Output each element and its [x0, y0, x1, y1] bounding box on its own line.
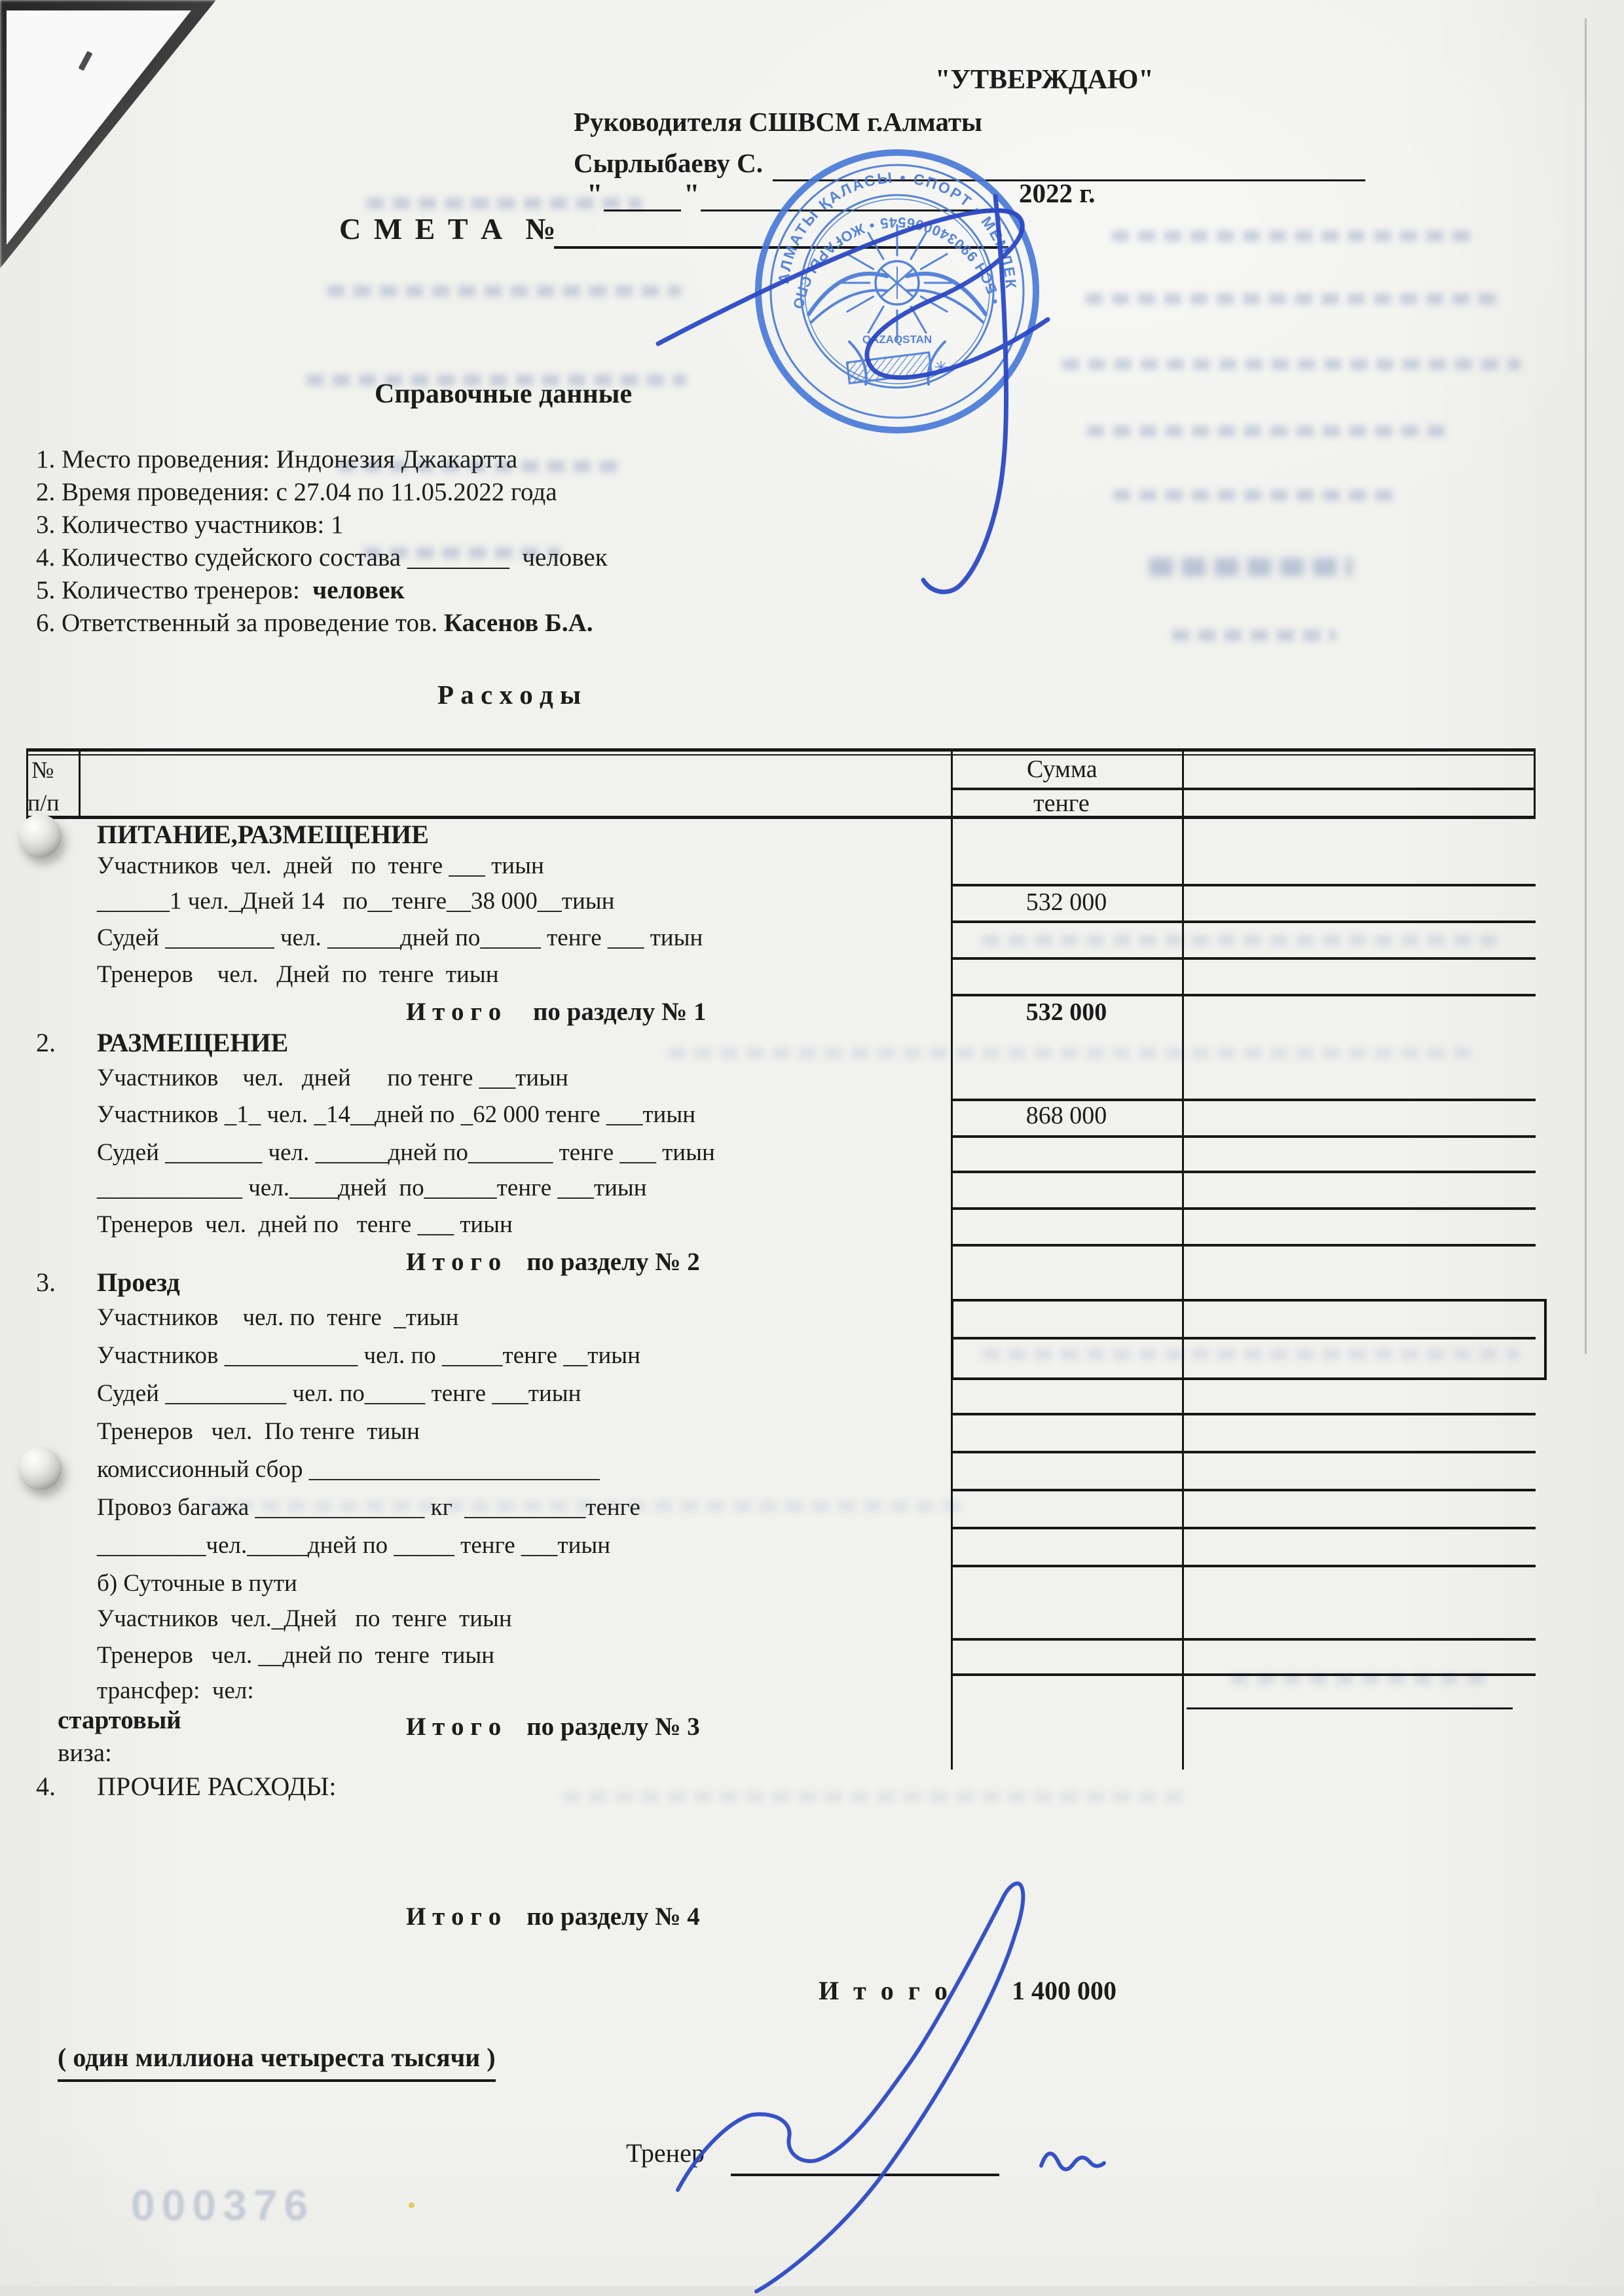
table-line	[951, 1244, 1536, 1247]
section2-total-label: И т о г о по разделу № 2	[406, 1248, 700, 1277]
table-row-sum: 868 000	[951, 1101, 1182, 1130]
bleed-through-text	[1062, 359, 1521, 370]
table-row-label: Участников чел._Дней по тенге тиын	[97, 1605, 512, 1633]
bleed-through-text	[982, 935, 1506, 946]
table-line	[1534, 748, 1536, 819]
reference-item-bold: Касенов Б.А.	[444, 609, 593, 637]
section4-title: ПРОЧИЕ РАСХОДЫ:	[97, 1772, 337, 1802]
table-row-label: Тренеров чел. дней по тенге ___ тиын	[97, 1211, 513, 1239]
table-line	[951, 920, 1536, 923]
bleed-through-text	[1086, 293, 1505, 304]
table-row-label: Участников чел. дней по тенге ___ тиын	[97, 852, 544, 881]
table-line	[951, 884, 1536, 886]
grand-total-words: ( один миллиона четыреста тысячи )	[58, 2043, 496, 2082]
bleed-through-text	[668, 1048, 1473, 1059]
table-line	[951, 1207, 1536, 1210]
table-row-label: б) Суточные в пути	[97, 1570, 297, 1598]
section1-total-sum: 532 000	[951, 998, 1182, 1027]
table-row-label: Участников _1_ чел. _14__дней по _62 000…	[97, 1101, 695, 1129]
table-row-label: Участников чел. дней по тенге ___тиын	[97, 1065, 568, 1093]
table-row-label: ______1 чел._Дней 14 по__тенге__38 000__…	[97, 888, 614, 916]
table-row-label: _________чел._____дней по _____ тенге __…	[97, 1532, 610, 1560]
start-fee-label: стартовый	[58, 1706, 181, 1736]
section3-total-label: И т о г о по разделу № 3	[406, 1713, 700, 1742]
approve-word: "УТВЕРЖДАЮ"	[935, 64, 1154, 96]
table-line	[951, 994, 1536, 996]
section1-total-label: И т о г о по разделу № 1	[406, 998, 706, 1027]
folded-corner-paper	[0, 0, 196, 252]
approver-position: Руководителя СШВСМ г.Алматы	[574, 107, 982, 137]
table-line	[26, 748, 1536, 752]
reference-item: 6. Ответственный за проведение тов. Касе…	[36, 609, 593, 638]
table-row-label: Судей ________ чел. ______дней по_______…	[97, 1139, 715, 1167]
trainer-signature-ink	[642, 1859, 1139, 2296]
hole-punch	[18, 1447, 62, 1490]
page-edge-line	[1585, 18, 1587, 1354]
column-header-sum: Сумма	[1027, 756, 1098, 784]
table-line	[951, 1337, 1536, 1339]
reference-item: 4. Количество судейского состава _______…	[36, 543, 608, 573]
approver-signature-ink	[629, 151, 1100, 609]
table-row-label: Тренеров чел. __дней по тенге тиын	[97, 1642, 494, 1670]
table-line	[1182, 748, 1184, 1770]
hole-punch	[18, 814, 62, 858]
reference-item: 1. Место проведения: Индонезия Джакартта	[36, 445, 517, 475]
reference-item-text: 3. Количество участников: 1	[36, 511, 344, 539]
reference-item: 5. Количество тренеров: человек	[36, 576, 405, 606]
bleed-through-text	[1172, 630, 1336, 641]
section1-title: ПИТАНИЕ,РАЗМЕЩЕНИЕ	[97, 820, 429, 850]
column-header-no2: п/п	[28, 790, 60, 816]
table-line	[951, 1413, 1536, 1415]
bleed-through-text	[1112, 230, 1479, 242]
scanned-smeta-document: "УТВЕРЖДАЮ" Руководителя СШВСМ г.Алматы …	[0, 0, 1624, 2296]
sum-highlight-box	[951, 1299, 1547, 1380]
bleed-through-text	[1113, 490, 1395, 501]
column-header-currency: тенге	[1033, 790, 1090, 818]
table-line	[26, 816, 1536, 819]
table-line	[951, 1451, 1536, 1453]
table-row-label: Судей _________ чел. ______дней по_____ …	[97, 924, 703, 953]
table-line	[79, 748, 81, 819]
section3-number: 3.	[36, 1267, 56, 1298]
table-row-label: комиссионный сбор ______________________…	[97, 1456, 600, 1484]
reference-item-text: 6. Ответственный за проведение тов.	[36, 609, 444, 637]
reference-item-text: 2. Время проведения: с 27.04 по 11.05.20…	[36, 478, 557, 506]
column-header-no: №	[31, 757, 54, 784]
table-row-label: ____________ чел.____дней по______тенге …	[97, 1175, 647, 1203]
table-row-label: Судей __________ чел. по_____ тенге ___т…	[97, 1380, 581, 1408]
table-line	[951, 1489, 1536, 1491]
reference-item: 2. Время проведения: с 27.04 по 11.05.20…	[36, 478, 557, 507]
reference-item-text: 1. Место проведения: Индонезия Джакартта	[36, 445, 517, 473]
table-line	[951, 1565, 1536, 1567]
table-row-label: Тренеров чел. По тенге тиын	[97, 1418, 420, 1446]
section2-number: 2.	[36, 1028, 56, 1058]
date-quote-open: "	[587, 178, 602, 211]
table-line	[951, 1638, 1536, 1641]
section4-number: 4.	[36, 1772, 56, 1802]
smeta-title: С М Е Т А №	[339, 212, 558, 247]
table-line	[951, 1673, 1536, 1676]
table-line	[951, 1171, 1536, 1173]
table-line	[26, 754, 1536, 756]
reference-title: Справочные данные	[375, 378, 632, 410]
table-row-label: трансфер: чел:	[97, 1677, 254, 1705]
visa-label: виза:	[58, 1739, 112, 1768]
table-row-label: Тренеров чел. Дней по тенге тиын	[97, 961, 499, 989]
table-row-label: Участников чел. по тенге _тиын	[97, 1304, 458, 1332]
bleed-through-text	[1149, 558, 1352, 576]
reference-item-bold: человек	[312, 576, 405, 604]
table-line	[951, 1135, 1536, 1138]
reference-item-text: 4. Количество судейского состава _______…	[36, 543, 608, 572]
section3-title: Проезд	[97, 1267, 180, 1298]
section2-title: РАЗМЕЩЕНИЕ	[97, 1028, 288, 1058]
table-row-sum: 532 000	[951, 888, 1182, 917]
reference-item-text: 5. Количество тренеров:	[36, 576, 312, 604]
table-line	[951, 957, 1536, 960]
expenses-title: Р а с х о д ы	[437, 680, 581, 710]
paper-speck	[409, 2202, 415, 2208]
bleed-through-text	[327, 285, 681, 297]
bleed-through-text	[563, 1791, 1185, 1802]
bleed-through-text	[1087, 426, 1454, 437]
table-row-label: Провоз багажа ______________ кг ________…	[97, 1494, 640, 1522]
table-line	[951, 1527, 1536, 1529]
table-row-label: Участников ___________ чел. по _____тенг…	[97, 1342, 640, 1370]
table-line	[1187, 1707, 1513, 1709]
reference-item: 3. Количество участников: 1	[36, 511, 344, 540]
page-number-watermark: 000376	[131, 2180, 314, 2230]
